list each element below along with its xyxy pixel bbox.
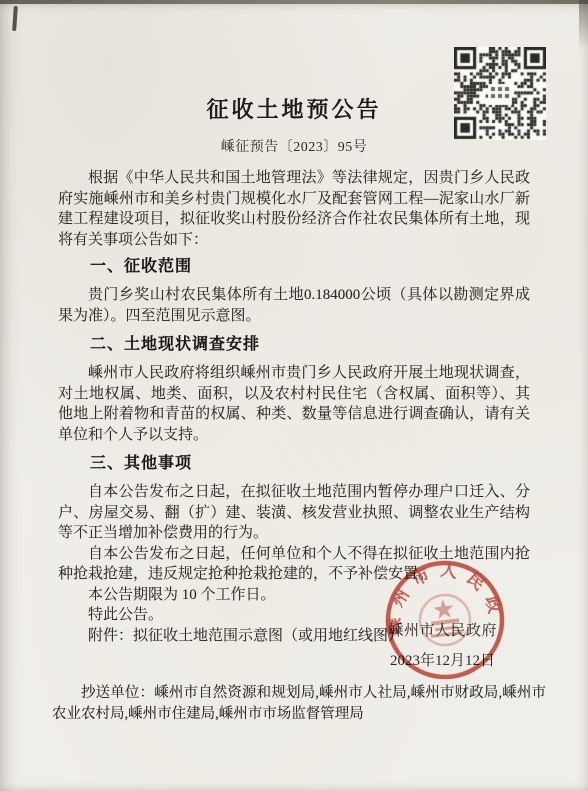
section-heading: 一、征收范围	[58, 257, 530, 277]
scanned-announcement-page: 征收土地预公告 嵊征预告〔2023〕95号 根据《中华人民共和国土地管理法》等法…	[0, 0, 588, 791]
section-paragraph: 自本公告发布之日起，在拟征收土地范围内暂停办理户口迁入、分户、房屋交易、翻（扩）…	[58, 482, 530, 544]
section-heading: 三、其他事项	[58, 454, 530, 474]
issue-date: 2023年12月12日	[390, 651, 495, 671]
document-body: 根据《中华人民共和国土地管理法》等法律规定，因贵门乡人民政府实施嵊州市和美乡村贵…	[58, 168, 530, 646]
intro-paragraph: 根据《中华人民共和国土地管理法》等法律规定，因贵门乡人民政府实施嵊州市和美乡村贵…	[58, 168, 530, 250]
doc-number: 嵊征预告〔2023〕95号	[0, 139, 588, 157]
scan-smudge-right	[579, 0, 588, 50]
scan-edge-top	[0, 0, 588, 4]
section-paragraph: 嵊州市人民政府将组织嵊州市贵门乡人民政府开展土地现状调查，对土地权属、地类、面积…	[58, 363, 530, 445]
section-survey: 二、土地现状调查安排 嵊州市人民政府将组织嵊州市贵门乡人民政府开展土地现状调查，…	[58, 335, 530, 445]
section-paragraph: 贵门乡奖山村农民集体所有土地0.184000公顷（具体以勘测定界成果为准）。四至…	[58, 285, 530, 326]
qr-code-icon	[454, 47, 546, 140]
section-scope: 一、征收范围 贵门乡奖山村农民集体所有土地0.184000公顷（具体以勘测定界成…	[58, 257, 530, 326]
cc-units-line: 抄送单位：嵊州市自然资源和规划局,嵊州市人社局,嵊州市财政局,嵊州市农业农村局,…	[52, 683, 546, 725]
section-other: 三、其他事项 自本公告发布之日起，在拟征收土地范围内暂停办理户口迁入、分户、房屋…	[58, 454, 530, 646]
issuer-signature: 嵊州市人民政府	[388, 621, 497, 641]
section-paragraph: 本公告期限为 10 个工作日。	[58, 585, 530, 606]
scan-corner-mark	[12, 6, 18, 31]
section-paragraph: 自本公告发布之日起，任何单位和个人不得在拟征收土地范围内抢种抢栽抢建，违反规定抢…	[58, 544, 530, 585]
section-heading: 二、土地现状调查安排	[58, 335, 530, 355]
